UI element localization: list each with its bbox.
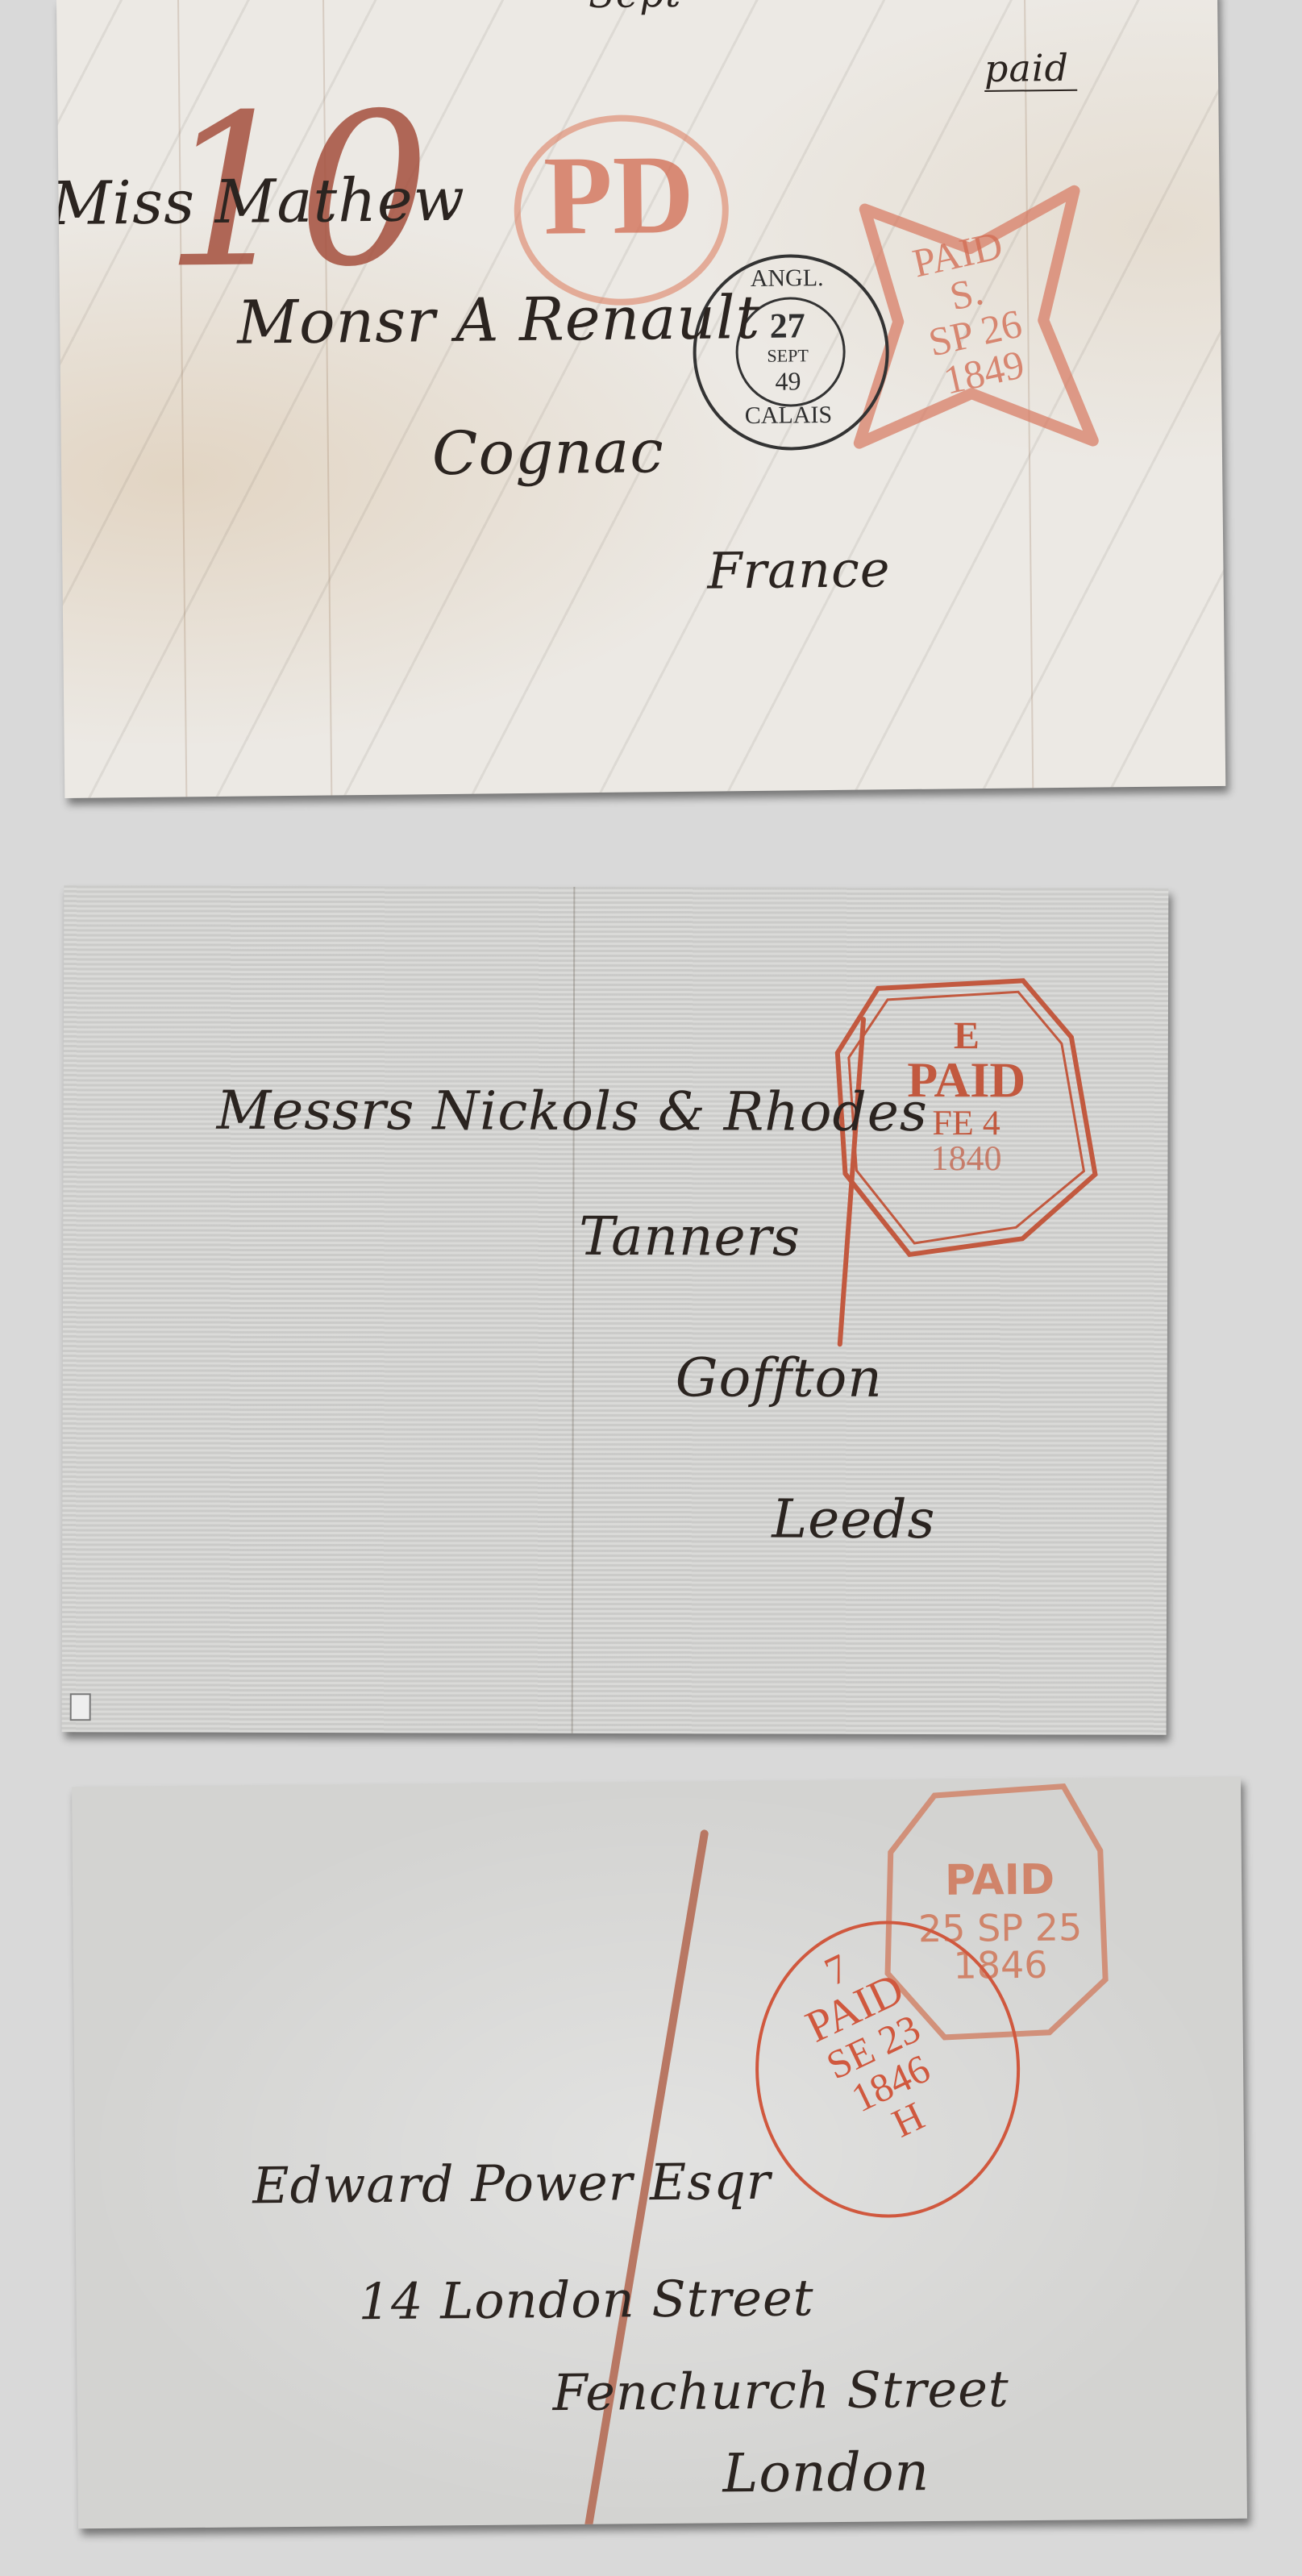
stamp-letter: E	[862, 1017, 1071, 1056]
address-line-4: Leeds	[772, 1488, 935, 1551]
postal-cover-1: Sept paid 10 PD PAID S. SP 26 1849 ANGL.…	[56, 0, 1225, 798]
stamp-paid: PAID	[887, 1858, 1113, 1902]
postal-cover-2: E PAID FE 4 1840 Messrs Nickols & Rhodes…	[62, 885, 1169, 1735]
top-note: Sept	[589, 0, 682, 17]
address-line-3: Goffton	[676, 1346, 883, 1409]
address-line-3: Fenchurch Street	[552, 2359, 1009, 2422]
pd-postmark-text: PD	[526, 139, 712, 253]
stamp-year: 1840	[861, 1141, 1071, 1177]
address-line-1: Messrs Nickols & Rhodes	[217, 1080, 928, 1143]
address-line-1: Edward Power Esqr	[252, 2152, 772, 2216]
address-line-4: London	[722, 2441, 930, 2504]
address-line-2: Tanners	[579, 1205, 801, 1268]
address-line-4: France	[707, 539, 891, 600]
address-line-3: Cognac	[431, 417, 664, 489]
address-line-1: Miss Mathew	[56, 165, 465, 239]
postal-cover-3: PAID 25 SP 25 1846 7 PAID SE 23 1846 H E…	[72, 1777, 1247, 2529]
address-line-2: 14 London Street	[358, 2268, 814, 2331]
fold-line	[572, 887, 576, 1733]
paid-note: paid	[984, 46, 1078, 92]
address-line-2: Monsr A Renault	[237, 283, 761, 358]
calais-year: 49	[693, 367, 883, 394]
calais-bottom: CALAIS	[693, 402, 883, 428]
seal-tear	[70, 1693, 91, 1721]
